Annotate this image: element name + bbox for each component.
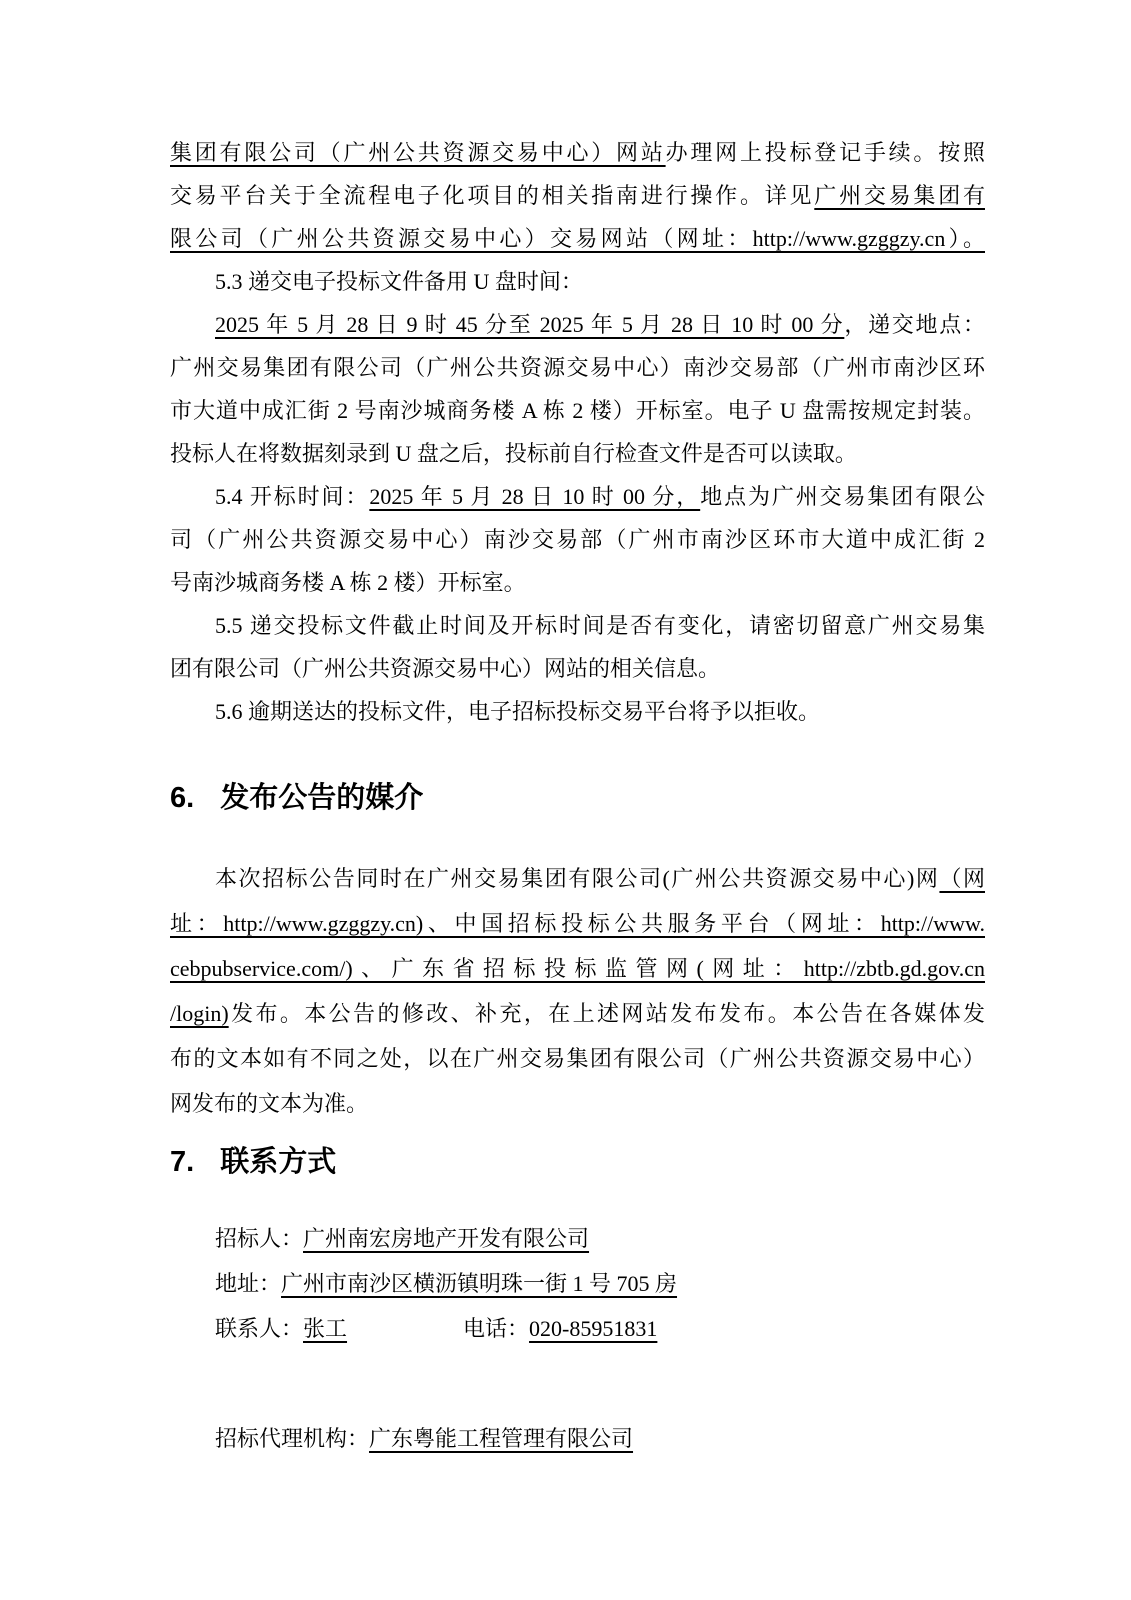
contact-name: 张工 [303,1316,347,1341]
contacts-block: 招标人：广州南宏房地产开发有限公司 地址：广州市南沙区横沥镇明珠一街 1 号 7… [170,1216,985,1351]
underlined-link-text: 址：http://www.gzggzy.cn)、中国招标投标公共服务平台（网址：… [170,911,985,936]
contact-phone-line: 联系人：张工电话：020-85951831 [170,1306,985,1351]
text-line: 号南沙城商务楼 A 栋 2 楼）开标室。 [170,561,985,604]
text-line: 本次招标公告同时在广州交易集团有限公司(广州公共资源交易中心)网（网 [170,856,985,901]
body-text: 交易平台关于全流程电子化项目的相关指南进行操作。详见 [170,183,814,208]
text-line: 限公司（广州公共资源交易中心）交易网站（网址：http://www.gzggzy… [170,217,985,260]
address-value: 广州市南沙区横沥镇明珠一街 1 号 705 房 [281,1271,677,1296]
underlined-text: 广州交易集团有 [814,183,985,208]
body-text: 发布。本公告的修改、补充，在上述网站发布发布。本公告在各媒体发 [229,1001,985,1026]
text-line: /login)发布。本公告的修改、补充，在上述网站发布发布。本公告在各媒体发 [170,991,985,1036]
underlined-text: （网 [939,866,985,891]
body-text: 地点为广州交易集团有限公 [700,484,985,509]
body-text: 5.3 递交电子投标文件备用 U 盘时间： [215,269,583,294]
underlined-datetime-text: 2025 年 5 月 28 日 9 时 45 分至 2025 年 5 月 28 … [215,312,844,337]
phone-number: 020-85951831 [529,1316,657,1341]
bidder-label: 招标人： [215,1226,303,1251]
clause-5-4-line: 5.4 开标时间：2025 年 5 月 28 日 10 时 00 分，地点为广州… [170,475,985,518]
body-text: 司（广州公共资源交易中心）南沙交易部（广州市南沙区环市大道中成汇街 2 [170,527,985,552]
body-text: 广州交易集团有限公司（广州公共资源交易中心）南沙交易部（广州市南沙区环 [170,355,985,380]
text-line: 网发布的文本为准。 [170,1081,985,1126]
heading-number: 7. [170,1146,194,1178]
body-text: 布的文本如有不同之处，以在广州交易集团有限公司（广州公共资源交易中心） [170,1046,985,1071]
body-text: 投标人在将数据刻录到 U 盘之后，投标前自行检查文件是否可以读取。 [170,441,857,466]
text-line: 广州交易集团有限公司（广州公共资源交易中心）南沙交易部（广州市南沙区环 [170,346,985,389]
address-line: 地址：广州市南沙区横沥镇明珠一街 1 号 705 房 [170,1261,985,1306]
agency-name: 广东粤能工程管理有限公司 [369,1426,633,1451]
body-text: 5.5 递交投标文件截止时间及开标时间是否有变化，请密切留意广州交易集 [215,613,985,638]
section-5-body: 集团有限公司（广州公共资源交易中心）网站办理网上投标登记手续。按照 交易平台关于… [170,131,985,733]
body-text: 市大道中成汇街 2 号南沙城商务楼 A 栋 2 楼）开标室。电子 U 盘需按规定… [170,398,985,423]
body-text: 5.4 开标时间： [215,484,369,509]
text-line: 2025 年 5 月 28 日 9 时 45 分至 2025 年 5 月 28 … [170,303,985,346]
text-line: 司（广州公共资源交易中心）南沙交易部（广州市南沙区环市大道中成汇街 2 [170,518,985,561]
heading-title: 发布公告的媒介 [220,782,423,814]
agency-line: 招标代理机构：广东粤能工程管理有限公司 [170,1416,985,1461]
text-line: 址：http://www.gzggzy.cn)、中国招标投标公共服务平台（网址：… [170,901,985,946]
text-line: 交易平台关于全流程电子化项目的相关指南进行操作。详见广州交易集团有 [170,174,985,217]
document-page: 集团有限公司（广州公共资源交易中心）网站办理网上投标登记手续。按照 交易平台关于… [0,0,1131,1600]
clause-5-6-line: 5.6 逾期送达的投标文件，电子招标投标交易平台将予以拒收。 [170,690,985,733]
body-text: 本次招标公告同时在广州交易集团有限公司(广州公共资源交易中心)网 [215,866,939,891]
body-text: 网发布的文本为准。 [170,1091,368,1116]
heading-number: 6. [170,782,194,814]
text-line: 团有限公司（广州公共资源交易中心）网站的相关信息。 [170,647,985,690]
clause-5-3-line: 5.3 递交电子投标文件备用 U 盘时间： [170,260,985,303]
text-line: 市大道中成汇街 2 号南沙城商务楼 A 栋 2 楼）开标室。电子 U 盘需按规定… [170,389,985,432]
body-text: 办理网上投标登记手续。按照 [666,140,985,165]
agency-label: 招标代理机构： [215,1426,369,1451]
bidder-line: 招标人：广州南宏房地产开发有限公司 [170,1216,985,1261]
address-label: 地址： [215,1271,281,1296]
text-line: 布的文本如有不同之处，以在广州交易集团有限公司（广州公共资源交易中心） [170,1036,985,1081]
section-6-body: 本次招标公告同时在广州交易集团有限公司(广州公共资源交易中心)网（网 址：htt… [170,856,985,1126]
body-text: 号南沙城商务楼 A 栋 2 楼）开标室。 [170,570,526,595]
text-line: cebpubservice.com/)、广东省招标投标监管网(网址：http:/… [170,946,985,991]
underlined-link-text: cebpubservice.com/)、广东省招标投标监管网(网址：http:/… [170,956,985,981]
bidder-name: 广州南宏房地产开发有限公司 [303,1226,589,1251]
clause-5-5-line: 5.5 递交投标文件截止时间及开标时间是否有变化，请密切留意广州交易集 [170,604,985,647]
underlined-link-text: 限公司（广州公共资源交易中心）交易网站（网址：http://www.gzggzy… [170,226,985,251]
underlined-link-text: /login) [170,1001,229,1026]
body-text: 5.6 逾期送达的投标文件，电子招标投标交易平台将予以拒收。 [215,699,820,724]
section-7-heading: 7.联系方式 [170,1140,985,1184]
body-text: 团有限公司（广州公共资源交易中心）网站的相关信息。 [170,656,720,681]
text-line: 集团有限公司（广州公共资源交易中心）网站办理网上投标登记手续。按照 [170,131,985,174]
contact-label: 联系人： [215,1316,303,1341]
underlined-text: 集团有限公司（广州公共资源交易中心）网站 [170,140,666,165]
agency-block: 招标代理机构：广东粤能工程管理有限公司 [170,1416,985,1461]
heading-title: 联系方式 [220,1146,336,1178]
text-line: 投标人在将数据刻录到 U 盘之后，投标前自行检查文件是否可以读取。 [170,432,985,475]
underlined-datetime-text: 2025 年 5 月 28 日 10 时 00 分， [369,484,700,509]
phone-label: 电话： [463,1316,529,1341]
section-6-heading: 6.发布公告的媒介 [170,776,985,820]
body-text: ，递交地点： [844,312,985,337]
